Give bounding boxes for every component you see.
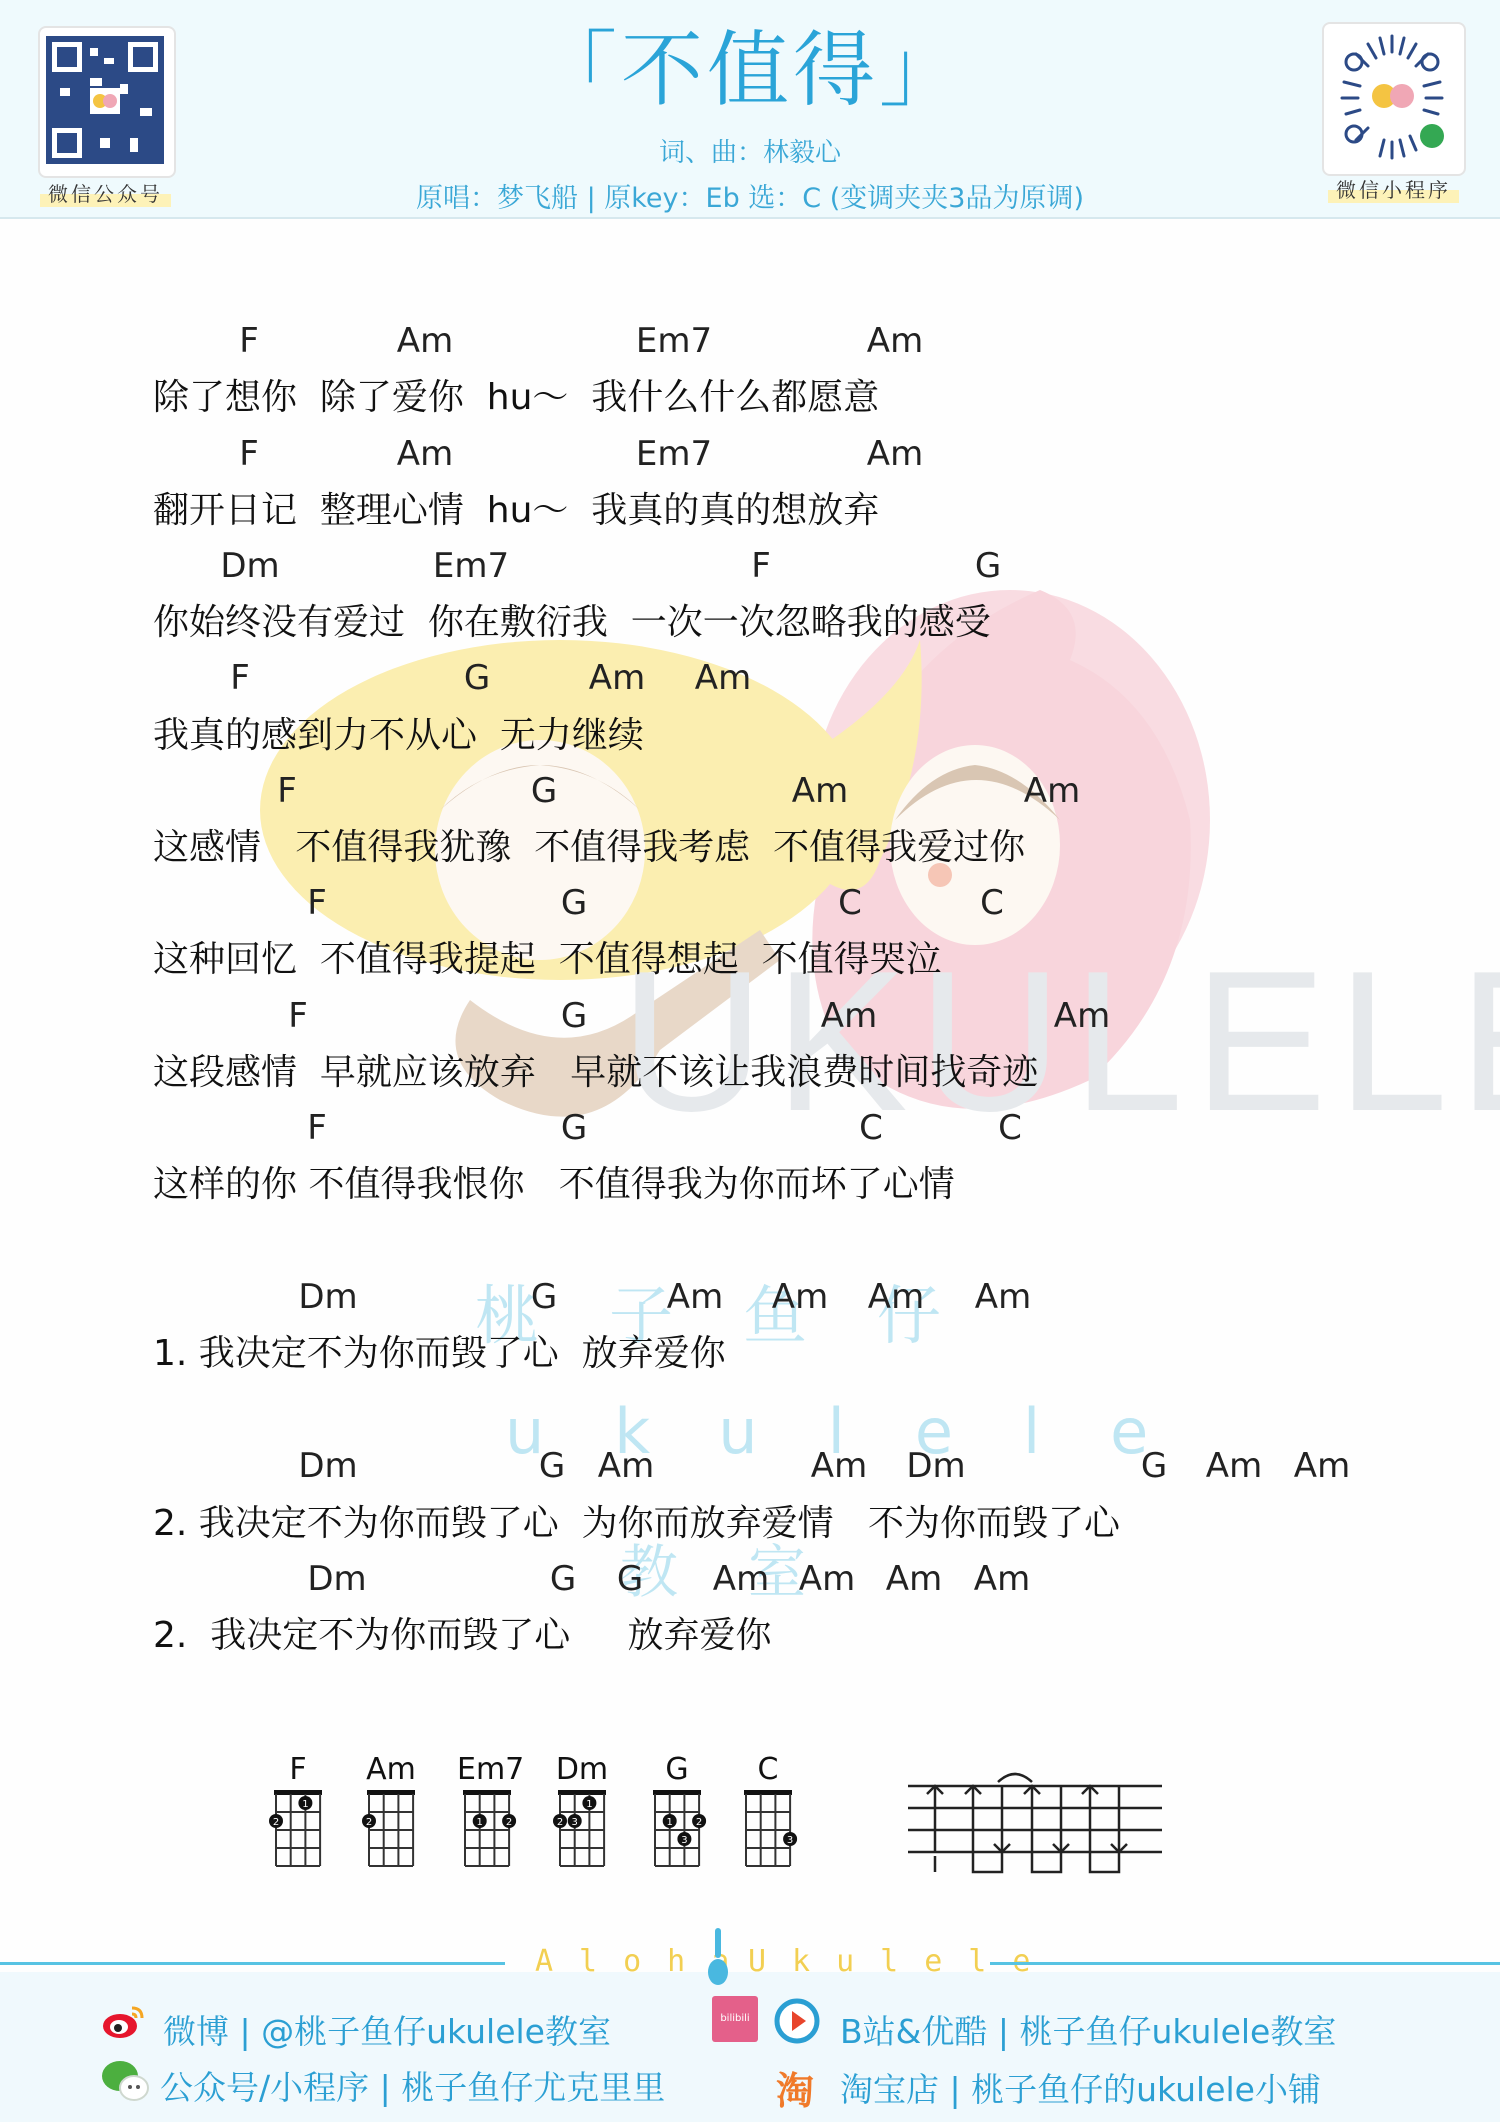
chord: Am bbox=[799, 1562, 855, 1596]
lyric-line: 这感情 不值得我犹豫 不值得我考虑 不值得我爱过你 bbox=[153, 830, 1025, 866]
chord: Am bbox=[772, 1280, 828, 1314]
chord: Dm bbox=[298, 1449, 357, 1483]
svg-text:2: 2 bbox=[506, 1817, 512, 1828]
svg-text:2: 2 bbox=[273, 1817, 279, 1828]
chord: C bbox=[980, 886, 1004, 920]
tie-arc-icon bbox=[998, 1774, 1032, 1782]
lyric-line: 我真的感到力不从心 无力继续 bbox=[153, 718, 644, 754]
chord: F bbox=[751, 549, 771, 583]
lyric-line: 1. 我决定不为你而毁了心 放弃爱你 bbox=[153, 1336, 726, 1372]
chord: G bbox=[464, 661, 490, 695]
chord: F bbox=[288, 999, 308, 1033]
ukulele-icon bbox=[705, 1926, 731, 1986]
svg-text:1: 1 bbox=[477, 1817, 483, 1828]
chord: F bbox=[239, 437, 259, 471]
chord: G bbox=[531, 1280, 557, 1314]
chord: Am bbox=[867, 437, 923, 471]
song-title: 「不值得」 bbox=[0, 30, 1500, 112]
chord-diagram-am: Am2 bbox=[361, 1752, 421, 1877]
chord: Em7 bbox=[636, 324, 712, 358]
lyric-line: 2. 我决定不为你而毁了心 放弃爱你 bbox=[153, 1618, 771, 1654]
fretboard-grid: 123 bbox=[647, 1790, 707, 1880]
taobao-icon[interactable]: 淘 bbox=[776, 2060, 814, 2115]
chord: Em7 bbox=[433, 549, 509, 583]
lyric-line: 翻开日记 整理心情 hu～ 我真的真的想放弃 bbox=[153, 493, 879, 529]
svg-text:3: 3 bbox=[787, 1835, 793, 1846]
chord-diagram-c: C3 bbox=[738, 1752, 798, 1877]
chord: Dm bbox=[307, 1562, 366, 1596]
chord: Am bbox=[667, 1280, 723, 1314]
chord: Am bbox=[792, 774, 848, 808]
svg-text:3: 3 bbox=[572, 1817, 578, 1828]
youku-play-icon[interactable] bbox=[774, 1998, 820, 2044]
chord: C bbox=[998, 1111, 1022, 1145]
svg-text:1: 1 bbox=[302, 1799, 308, 1810]
chord: G bbox=[561, 886, 587, 920]
chord: Am bbox=[868, 1280, 924, 1314]
wechat-icon[interactable] bbox=[100, 2058, 152, 2104]
strum-pattern bbox=[900, 1760, 1170, 1880]
chord: Am bbox=[811, 1449, 867, 1483]
chord: C bbox=[859, 1111, 883, 1145]
chord: C bbox=[838, 886, 862, 920]
chord: Am bbox=[397, 324, 453, 358]
lyric-line: 这段感情 早就应该放弃 早就不该让我浪费时间找奇迹 bbox=[153, 1055, 1038, 1091]
fretboard-grid: 12 bbox=[457, 1790, 517, 1880]
weibo-link[interactable]: 微博 | @桃子鱼仔ukulele教室 bbox=[163, 2006, 611, 2053]
lyric-line: 这样的你 不值得我恨你 不值得我为你而坏了心情 bbox=[153, 1167, 955, 1203]
song-credits: 词、曲：林毅心 bbox=[0, 132, 1500, 169]
chord: Dm bbox=[298, 1280, 357, 1314]
chord-diagram-em7: Em712 bbox=[457, 1752, 517, 1877]
svg-text:3: 3 bbox=[681, 1835, 687, 1846]
chord: G bbox=[975, 549, 1001, 583]
taobao-link[interactable]: 淘宝店 | 桃子鱼仔的ukulele小铺 bbox=[840, 2064, 1321, 2111]
chord: Am bbox=[975, 1280, 1031, 1314]
chord: F bbox=[307, 1111, 327, 1145]
chord-diagram-label: F bbox=[268, 1752, 328, 1787]
chord-diagram-dm: Dm123 bbox=[552, 1752, 612, 1877]
svg-text:2: 2 bbox=[557, 1817, 563, 1828]
chord: Am bbox=[886, 1562, 942, 1596]
chord: G bbox=[531, 774, 557, 808]
chord: Am bbox=[867, 324, 923, 358]
chord: Am bbox=[589, 661, 645, 695]
chord-diagram-label: G bbox=[647, 1752, 707, 1787]
chord: Am bbox=[974, 1562, 1030, 1596]
chord-diagram-label: Em7 bbox=[457, 1752, 517, 1787]
lyric-line: 2. 我决定不为你而毁了心 为你而放弃爱情 不为你而毁了心 bbox=[153, 1506, 1120, 1542]
chord: G bbox=[617, 1562, 643, 1596]
chord: Am bbox=[713, 1562, 769, 1596]
chord: G bbox=[550, 1562, 576, 1596]
lyric-line: 这种回忆 不值得我提起 不值得想起 不值得哭泣 bbox=[153, 942, 942, 978]
chord-diagram-g: G123 bbox=[647, 1752, 707, 1877]
weibo-icon[interactable] bbox=[100, 2002, 148, 2042]
chord: Am bbox=[1024, 774, 1080, 808]
svg-text:1: 1 bbox=[586, 1799, 592, 1810]
fretboard-grid: 12 bbox=[268, 1790, 328, 1880]
song-key-info: 原唱：梦飞船 | 原key：Eb 选：C (变调夹夹3品为原调) bbox=[0, 176, 1500, 215]
footer-divider-left bbox=[0, 1962, 505, 1965]
chord: Am bbox=[1054, 999, 1110, 1033]
chord: F bbox=[277, 774, 297, 808]
chord: Am bbox=[695, 661, 751, 695]
chord: G bbox=[539, 1449, 565, 1483]
chord: G bbox=[561, 999, 587, 1033]
fretboard-grid: 123 bbox=[552, 1790, 612, 1880]
bilibili-icon[interactable]: bilibili bbox=[712, 1996, 758, 2042]
chord: Dm bbox=[906, 1449, 965, 1483]
chord: Dm bbox=[220, 549, 279, 583]
chord: Am bbox=[1294, 1449, 1350, 1483]
svg-text:1: 1 bbox=[667, 1817, 673, 1828]
chord: G bbox=[561, 1111, 587, 1145]
chord-diagram-f: F12 bbox=[268, 1752, 328, 1877]
chord: F bbox=[307, 886, 327, 920]
chord: G bbox=[1141, 1449, 1167, 1483]
chord: Am bbox=[397, 437, 453, 471]
chord: Em7 bbox=[636, 437, 712, 471]
svg-text:2: 2 bbox=[696, 1817, 702, 1828]
fretboard-grid: 3 bbox=[738, 1790, 798, 1880]
footer-divider-right bbox=[990, 1962, 1500, 1965]
lyric-line: 你始终没有爱过 你在敷衍我 一次一次忽略我的感受 bbox=[153, 605, 991, 641]
chord: Am bbox=[598, 1449, 654, 1483]
svg-text:2: 2 bbox=[366, 1817, 372, 1828]
chord-diagram-label: C bbox=[738, 1752, 798, 1787]
chord: Am bbox=[821, 999, 877, 1033]
wechat-link[interactable]: 公众号/小程序 | 桃子鱼仔尤克里里 bbox=[160, 2062, 665, 2109]
bilibili-youku-link[interactable]: B站&优酷 | 桃子鱼仔ukulele教室 bbox=[840, 2006, 1336, 2053]
chord: F bbox=[239, 324, 259, 358]
chord: Am bbox=[1206, 1449, 1262, 1483]
fretboard-grid: 2 bbox=[361, 1790, 421, 1880]
chord-diagram-label: Am bbox=[361, 1752, 421, 1787]
chord: F bbox=[230, 661, 250, 695]
lyric-line: 除了想你 除了爱你 hu～ 我什么什么都愿意 bbox=[153, 380, 879, 416]
chord-diagram-label: Dm bbox=[552, 1752, 612, 1787]
